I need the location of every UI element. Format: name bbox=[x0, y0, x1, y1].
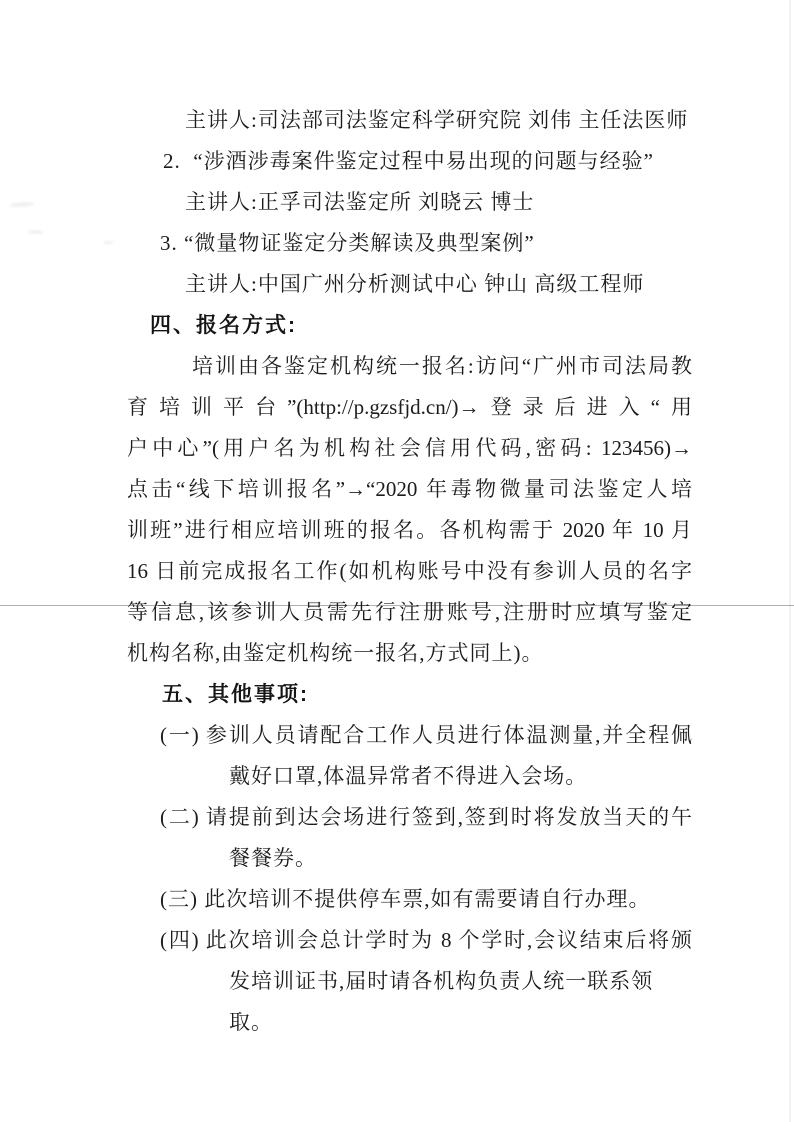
registration-paragraph-line: 训班”进行相应培训班的报名。各机构需于 2020 年 10 月 bbox=[127, 510, 692, 551]
item-1-continuation: 戴好口罩,体温异常者不得进入会场。 bbox=[127, 756, 692, 797]
item-4-line: (四) 此次培训会总计学时为 8 个学时,会议结束后将颁 bbox=[127, 920, 692, 961]
item-3-line: (三) 此次培训不提供停车票,如有需要请自行办理。 bbox=[127, 879, 692, 920]
registration-paragraph-line: 等信息,该参训人员需先行注册账号,注册时应填写鉴定 bbox=[127, 592, 692, 633]
speaker-line-3: 主讲人:中国广州分析测试中心 钟山 高级工程师 bbox=[127, 264, 692, 305]
scanned-document-page: 主讲人:司法部司法鉴定科学研究院 刘伟 主任法医师 2. “涉酒涉毒案件鉴定过程… bbox=[0, 0, 794, 1122]
registration-paragraph-line: 机构名称,由鉴定机构统一报名,方式同上)。 bbox=[127, 633, 692, 674]
section-4-heading: 四、报名方式: bbox=[127, 305, 692, 346]
document-body: 主讲人:司法部司法鉴定科学研究院 刘伟 主任法医师 2. “涉酒涉毒案件鉴定过程… bbox=[127, 100, 692, 1002]
registration-paragraph-line: 16 日前完成报名工作(如机构账号中没有参训人员的名字 bbox=[127, 551, 692, 592]
speaker-line-1: 主讲人:司法部司法鉴定科学研究院 刘伟 主任法医师 bbox=[127, 100, 692, 141]
section-5-heading: 五、其他事项: bbox=[127, 674, 692, 715]
scan-edge-shadow bbox=[789, 0, 791, 1122]
scan-smudge bbox=[10, 201, 34, 208]
item-1-line: (一) 参训人员请配合工作人员进行体温测量,并全程佩 bbox=[127, 715, 692, 756]
speaker-line-2: 主讲人:正孚司法鉴定所 刘晓云 博士 bbox=[127, 182, 692, 223]
registration-paragraph-line: 户中心”(用户名为机构社会信用代码,密码: 123456)→ bbox=[127, 428, 692, 469]
registration-paragraph-line: 点击“线下培训报名”→“2020 年毒物微量司法鉴定人培 bbox=[127, 469, 692, 510]
topic-line-2: 2. “涉酒涉毒案件鉴定过程中易出现的问题与经验” bbox=[127, 141, 692, 182]
registration-paragraph-line: 育培训平台”(http://p.gzsfjd.cn/)→登录后进入“用 bbox=[127, 387, 692, 428]
item-2-line: (二) 请提前到达会场进行签到,签到时将发放当天的午 bbox=[127, 797, 692, 838]
topic-line-3: 3. “微量物证鉴定分类解读及典型案例” bbox=[127, 223, 692, 264]
item-2-continuation: 餐餐券。 bbox=[127, 838, 692, 879]
registration-paragraph-line: 培训由各鉴定机构统一报名:访问“广州市司法局教 bbox=[127, 346, 692, 387]
scan-smudge bbox=[28, 230, 43, 235]
item-4-continuation: 发培训证书,届时请各机构负责人统一联系领取。 bbox=[127, 961, 692, 1002]
scan-smudge bbox=[103, 241, 114, 244]
